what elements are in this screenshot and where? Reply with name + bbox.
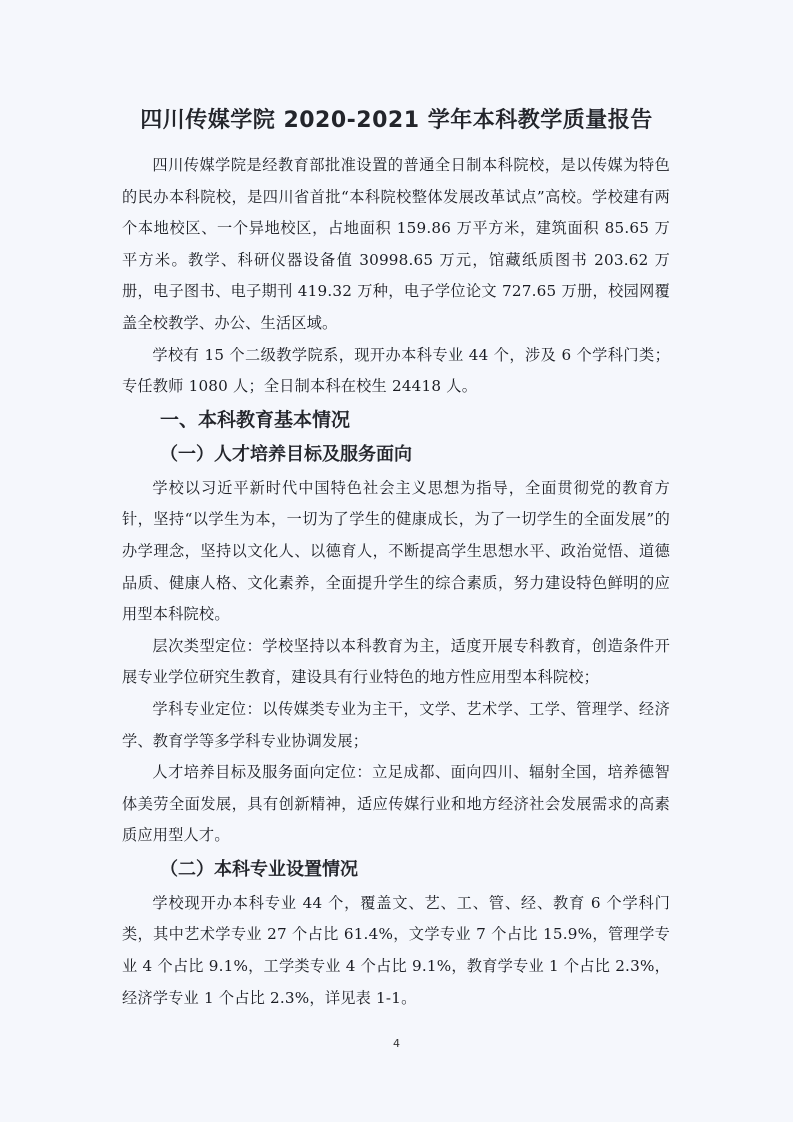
majors-paragraph-1: 学校现开办本科专业 44 个，覆盖文、艺、工、管、经、教育 6 个学科门类，其中…: [122, 888, 670, 1014]
training-goals-paragraph-4: 人才培养目标及服务面向定位：立足成都、面向四川、辐射全国，培养德智体美劳全面发展…: [122, 757, 670, 852]
intro-paragraph-2: 学校有 15 个二级教学院系，现开办本科专业 44 个，涉及 6 个学科门类；专…: [122, 340, 670, 403]
section-heading-basic-info: 一、本科教育基本情况: [122, 403, 670, 437]
training-goals-paragraph-1: 学校以习近平新时代中国特色社会主义思想为指导，全面贯彻党的教育方针，坚持“以学生…: [122, 473, 670, 631]
training-goals-paragraph-2: 层次类型定位：学校坚持以本科教育为主，适度开展专科教育，创造条件开展专业学位研究…: [122, 631, 670, 694]
training-goals-paragraph-3: 学科专业定位：以传媒类专业为主干，文学、艺术学、工学、管理学、经济学、教育学等多…: [122, 694, 670, 757]
page-number: 4: [0, 1037, 793, 1050]
document-title: 四川传媒学院 2020-2021 学年本科教学质量报告: [0, 103, 793, 134]
intro-paragraph-1: 四川传媒学院是经教育部批准设置的普通全日制本科院校，是以传媒为特色的民办本科院校…: [122, 150, 670, 340]
subsection-heading-training-goals: （一）人才培养目标及服务面向: [122, 437, 670, 473]
subsection-heading-majors: （二）本科专业设置情况: [122, 852, 670, 888]
document-page: 四川传媒学院 2020-2021 学年本科教学质量报告 四川传媒学院是经教育部批…: [0, 0, 793, 1122]
document-body: 四川传媒学院是经教育部批准设置的普通全日制本科院校，是以传媒为特色的民办本科院校…: [122, 150, 670, 1014]
